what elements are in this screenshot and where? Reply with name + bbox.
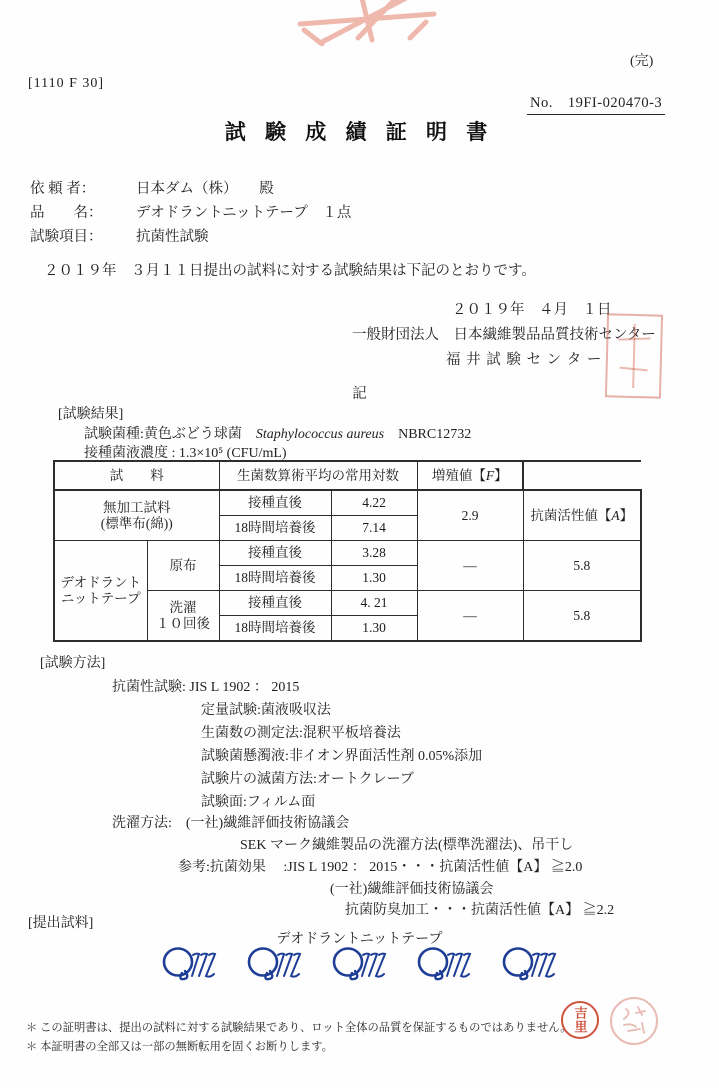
document-number: No. 19FI-020470-3	[527, 91, 665, 115]
method-line: SEK マーク繊維製品の洗濯方法(標準洗濯法)、吊干し	[240, 834, 573, 854]
bacteria-prefix: 試験菌種:黄色ぶどう球菌	[84, 427, 256, 442]
cell-untreated-t0-value: 4.22	[331, 490, 417, 516]
hanko-seal-illegible-icon	[610, 997, 658, 1045]
method-line: 定量試験:菌液吸収法	[201, 699, 331, 719]
method-line: 試験片の滅菌方法:オートクレーブ	[201, 768, 414, 788]
qtec-logo-icon	[416, 943, 474, 987]
cell-untreated-sample: 無加工試料(標準布(綿))	[54, 490, 219, 541]
header-growth-value: 増殖値【F】	[417, 461, 523, 490]
methods-section-label: [試験方法]	[40, 652, 105, 672]
cell-product-sample: デオドラントニットテープ	[54, 541, 147, 642]
cell-washed-activity: 5.8	[523, 591, 641, 642]
cell-washed-t0-value: 4. 21	[331, 591, 417, 616]
method-line: (一社)繊維評価技術協議会	[330, 878, 493, 898]
test-item-label: 試験項目：	[30, 225, 103, 246]
cell-washed-t18-label: 18時間培養後	[219, 616, 331, 642]
bacteria-strain-code: NBRC12732	[384, 427, 471, 442]
cell-untreated-t18-value: 7.14	[331, 516, 417, 541]
cell-raw-label: 原布	[147, 541, 219, 591]
header-activity-value: 抗菌活性値【A】	[523, 490, 641, 541]
qtec-logo-icon	[331, 943, 389, 987]
certificate-page: { "page": { "completion_mark": "(完)", "f…	[0, 0, 719, 1088]
table-header-row: 試 料 生菌数算術平均の常用対数 増殖値【F】	[54, 461, 641, 490]
cell-untreated-growth: 2.9	[417, 490, 523, 541]
cell-washed-t0-label: 接種直後	[219, 591, 331, 616]
issue-date: ２０１９年 ４月 １日	[452, 298, 612, 319]
cell-washed-label: 洗濯１０回後	[147, 591, 219, 642]
completion-mark: (完)	[630, 50, 653, 70]
cell-untreated-t18-label: 18時間培養後	[219, 516, 331, 541]
red-stamp-top-icon	[292, 0, 442, 51]
test-bacteria-line: 試験菌種:黄色ぶどう球菌 Staphylococcus aureus NBRC1…	[84, 423, 471, 443]
cell-raw-t0-label: 接種直後	[219, 541, 331, 566]
method-line: 試験面:フィルム面	[201, 791, 315, 811]
ki-mark: 記	[0, 382, 719, 403]
table-row-raw-t0: デオドラントニットテープ 原布 接種直後 3.28 ― 5.8	[54, 541, 641, 566]
method-line: 抗菌性試験: JIS L 1902 ： 2015	[112, 676, 299, 696]
requester-label: 依 頼 者：	[30, 177, 95, 198]
product-name-value: デオドラントニットテープ １点	[136, 201, 351, 222]
page-title: 試 験 成 績 証 明 書	[0, 116, 719, 146]
issuer-branch: 福 井 試 験 セ ン タ ー	[446, 348, 602, 369]
bacteria-latin-name: Staphylococcus aureus	[256, 427, 384, 442]
product-name-label: 品 名：	[30, 201, 103, 222]
qtec-logo-row	[0, 943, 719, 987]
cell-untreated-t0-label: 接種直後	[219, 490, 331, 516]
cell-raw-t18-label: 18時間培養後	[219, 566, 331, 591]
header-log-mean: 生菌数算術平均の常用対数	[219, 461, 417, 490]
header-corner-empty	[523, 461, 641, 490]
qtec-logo-icon	[246, 943, 304, 987]
table-row-untreated-t0: 無加工試料(標準布(綿)) 接種直後 4.22 2.9 抗菌活性値【A】	[54, 490, 641, 516]
footnote: ＊ 本証明書の全部又は一部の無断転用を固くお断りします。	[26, 1038, 333, 1054]
method-line: 生菌数の測定法:混釈平板培養法	[201, 722, 401, 742]
method-line: 洗濯方法: (一社)繊維評価技術協議会	[112, 812, 349, 832]
method-line: 参考:抗菌効果 :JIS L 1902 ： 2015・・・抗菌活性値【A】 ≧2…	[178, 856, 582, 876]
cell-raw-growth: ―	[417, 541, 523, 591]
hanko-seal-yoshisato: 吉里	[561, 1001, 599, 1039]
requester-value: 日本ダム（株） 殿	[136, 177, 274, 198]
method-line: 抗菌防臭加工・・・抗菌活性値【A】 ≧2.2	[345, 899, 614, 919]
header-sample: 試 料	[54, 461, 219, 490]
qtec-logo-icon	[501, 943, 559, 987]
inoculum-concentration: 接種菌液濃度 : 1.3×10⁵ (CFU/mL)	[84, 442, 287, 462]
footnote: ＊ この証明書は、提出の試料に対する試験結果であり、ロット全体の品質を保証するも…	[26, 1019, 572, 1035]
cell-raw-t18-value: 1.30	[331, 566, 417, 591]
cell-raw-activity: 5.8	[523, 541, 641, 591]
qtec-logo-icon	[161, 943, 219, 987]
cell-washed-t18-value: 1.30	[331, 616, 417, 642]
test-item-value: 抗菌性試験	[136, 225, 209, 246]
intro-sentence: ２０１９年 ３月１１日提出の試料に対する試験結果は下記のとおりです。	[44, 259, 536, 280]
results-section-label: [試験結果]	[58, 403, 123, 423]
cell-raw-t0-value: 3.28	[331, 541, 417, 566]
method-line: 試験菌懸濁液:非イオン界面活性剤 0.05%添加	[201, 745, 482, 765]
results-table: 試 料 生菌数算術平均の常用対数 増殖値【F】 無加工試料(標準布(綿)) 接種…	[53, 460, 642, 642]
cell-washed-growth: ―	[417, 591, 523, 642]
form-code: [1110 F 30]	[28, 76, 104, 92]
